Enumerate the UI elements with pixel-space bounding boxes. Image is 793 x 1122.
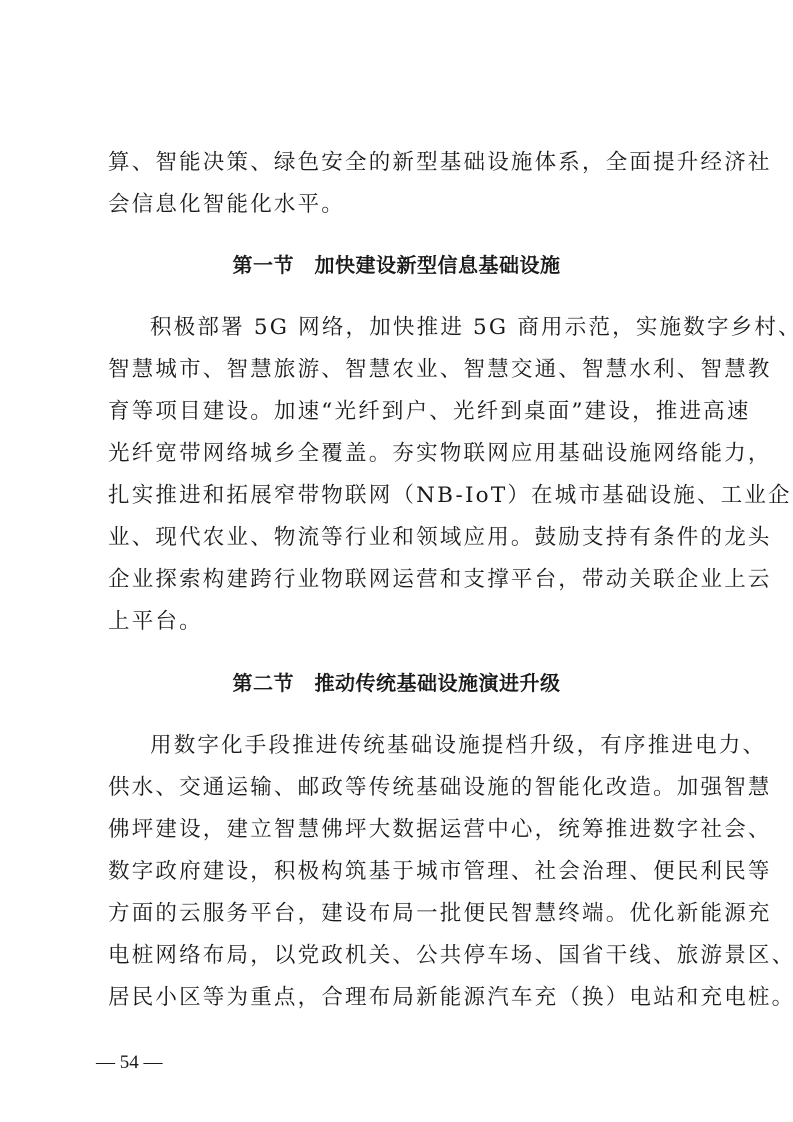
section-heading-2: 第二节 推动传统基础设施演进升级 (0, 668, 793, 698)
paragraph-line: 上平台。 (108, 607, 704, 637)
paragraph-line: 用数字化手段推进传统基础设施提档升级，有序推进电力、 (150, 731, 704, 761)
paragraph-line: 育等项目建设。加速“光纤到户、光纤到桌面”建设，推进高速 (108, 397, 704, 427)
intro-line: 会信息化智能化水平。 (108, 190, 704, 220)
paragraph-line: 扎实推进和拓展窄带物联网（NB-IoT）在城市基础设施、工业企 (108, 481, 704, 511)
paragraph-line: 光纤宽带网络城乡全覆盖。夯实物联网应用基础设施网络能力， (108, 439, 704, 469)
paragraph-line: 数字政府建设，积极构筑基于城市管理、社会治理、便民利民等 (108, 857, 704, 887)
paragraph-line: 佛坪建设，建立智慧佛坪大数据运营中心，统筹推进数字社会、 (108, 815, 704, 845)
paragraph-line: 企业探索构建跨行业物联网运营和支撑平台，带动关联企业上云 (108, 565, 704, 595)
paragraph-line: 积极部署 5G 网络，加快推进 5G 商用示范，实施数字乡村、 (150, 313, 704, 343)
paragraph-line: 供水、交通运输、邮政等传统基础设施的智能化改造。加强智慧 (108, 773, 704, 803)
paragraph-line: 智慧城市、智慧旅游、智慧农业、智慧交通、智慧水利、智慧教 (108, 355, 704, 385)
paragraph-line: 方面的云服务平台，建设布局一批便民智慧终端。优化新能源充 (108, 899, 704, 929)
section-heading-1: 第一节 加快建设新型信息基础设施 (0, 250, 793, 280)
paragraph-line: 电桩网络布局，以党政机关、公共停车场、国省干线、旅游景区、 (108, 941, 704, 971)
paragraph-line: 业、现代农业、物流等行业和领域应用。鼓励支持有条件的龙头 (108, 523, 704, 553)
intro-line: 算、智能决策、绿色安全的新型基础设施体系，全面提升经济社 (108, 148, 704, 178)
document-page: 算、智能决策、绿色安全的新型基础设施体系，全面提升经济社 会信息化智能化水平。 … (0, 0, 793, 1122)
page-number: — 54 — (96, 1050, 163, 1076)
paragraph-line: 居民小区等为重点，合理布局新能源汽车充（换）电站和充电桩。 (108, 983, 704, 1013)
